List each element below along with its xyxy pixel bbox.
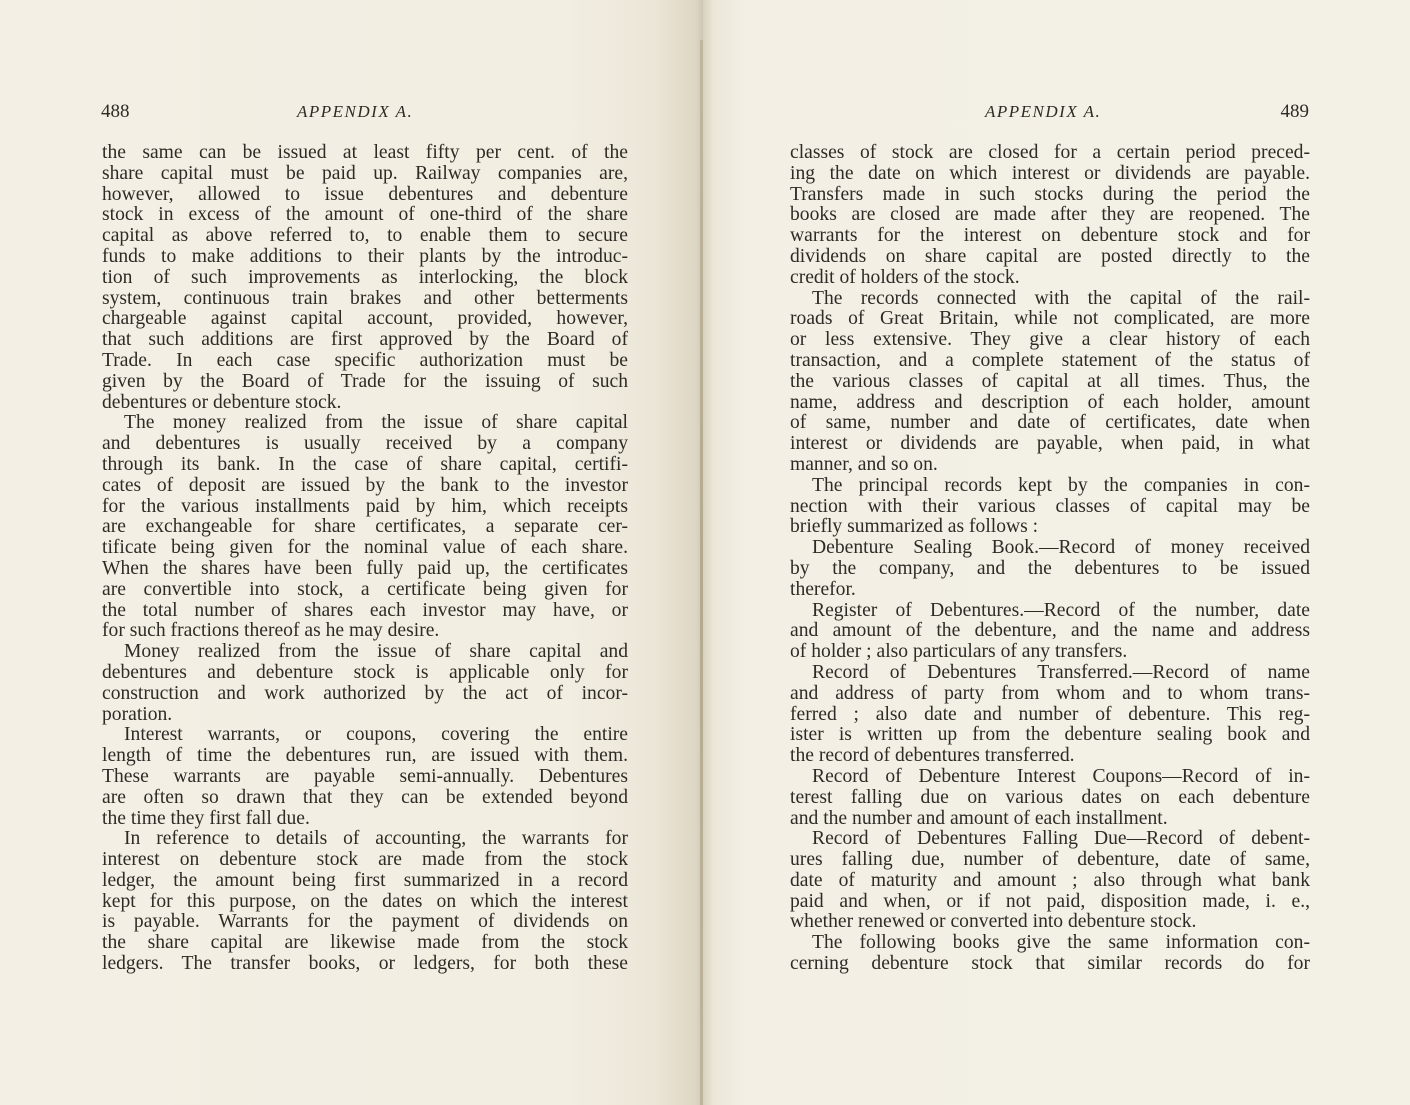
text-line: ferred ; also date and number of debentu… [790, 705, 1310, 726]
text-line: Debenture Sealing Book.—Record of money … [790, 538, 1310, 559]
text-line: the total number of shares each investor… [102, 601, 628, 622]
text-line: paid and when, or if not paid, dispositi… [790, 892, 1310, 913]
text-line: The money realized from the issue of sha… [102, 413, 628, 434]
text-line: of holder ; also particulars of any tran… [790, 642, 1310, 663]
text-line: of same, number and date of certificates… [790, 413, 1310, 434]
text-line: is payable. Warrants for the payment of … [102, 912, 628, 933]
right-running-head: APPENDIX A. 489 [789, 100, 1309, 124]
text-line: whether renewed or converted into debent… [790, 912, 1310, 933]
text-line: ing the date on which interest or divide… [790, 164, 1310, 185]
text-line: ledgers. The transfer books, or ledgers,… [102, 954, 628, 975]
text-line: and debentures is usually received by a … [102, 434, 628, 455]
text-line: When the shares have been fully paid up,… [102, 559, 628, 580]
text-line: Register of Debentures.—Record of the nu… [790, 601, 1310, 622]
right-page: APPENDIX A. 489 classes of stock are clo… [703, 0, 1410, 1105]
text-line: the various classes of capital at all ti… [790, 372, 1310, 393]
text-line: books are closed are made after they are… [790, 205, 1310, 226]
page-number: 488 [101, 100, 130, 124]
text-line: funds to make additions to their plants … [102, 247, 628, 268]
text-line: poration. [102, 705, 628, 726]
page-number: 489 [1281, 100, 1310, 124]
text-line: by the company, and the debentures to be… [790, 559, 1310, 580]
text-line: ister is written up from the debenture s… [790, 725, 1310, 746]
text-line: cates of deposit are issued by the bank … [102, 476, 628, 497]
text-line: for such fractions thereof as he may des… [102, 621, 628, 642]
text-line: capital as above referred to, to enable … [102, 226, 628, 247]
text-line: nection with their various classes of ca… [790, 497, 1310, 518]
text-line: that such additions are first approved b… [102, 330, 628, 351]
book-spread: 488 APPENDIX A. the same can be issued a… [0, 0, 1410, 1105]
text-line: construction and work authorized by the … [102, 684, 628, 705]
text-line: for the various installments paid by him… [102, 497, 628, 518]
text-line: tion of such improvements as interlockin… [102, 268, 628, 289]
text-line: however, allowed to issue debentures and… [102, 185, 628, 206]
text-line: Money realized from the issue of share c… [102, 642, 628, 663]
text-line: and the number and amount of each instal… [790, 809, 1310, 830]
text-line: through its bank. In the case of share c… [102, 455, 628, 476]
text-line: debentures and debenture stock is applic… [102, 663, 628, 684]
running-head-title: APPENDIX A. [985, 100, 1101, 124]
text-line: and amount of the debenture, and the nam… [790, 621, 1310, 642]
text-line: debentures or debenture stock. [102, 393, 628, 414]
text-line: chargeable against capital account, prov… [102, 309, 628, 330]
text-line: briefly summarized as follows : [790, 517, 1310, 538]
text-line: manner, and so on. [790, 455, 1310, 476]
text-line: ledger, the amount being first summarize… [102, 871, 628, 892]
text-line: interest on debenture stock are made fro… [102, 850, 628, 871]
text-line: In reference to details of accounting, t… [102, 829, 628, 850]
text-line: date of maturity and amount ; also throu… [790, 871, 1310, 892]
text-line: terest falling due on various dates on e… [790, 788, 1310, 809]
text-line: share capital must be paid up. Railway c… [102, 164, 628, 185]
text-line: given by the Board of Trade for the issu… [102, 372, 628, 393]
text-line: or less extensive. They give a clear his… [790, 330, 1310, 351]
text-line: credit of holders of the stock. [790, 268, 1310, 289]
text-line: and address of party from whom and to wh… [790, 684, 1310, 705]
running-head-title: APPENDIX A. [297, 100, 413, 124]
text-line: tificate being given for the nominal val… [102, 538, 628, 559]
text-line: interest or dividends are payable, when … [790, 434, 1310, 455]
text-line: roads of Great Britain, while not compli… [790, 309, 1310, 330]
text-line: Record of Debentures Falling Due—Record … [790, 829, 1310, 850]
text-line: transaction, and a complete statement of… [790, 351, 1310, 372]
text-line: The records connected with the capital o… [790, 289, 1310, 310]
text-line: The following books give the same inform… [790, 933, 1310, 954]
text-line: dividends on share capital are posted di… [790, 247, 1310, 268]
text-line: the same can be issued at least fifty pe… [102, 143, 628, 164]
text-line: These warrants are payable semi-annually… [102, 767, 628, 788]
left-page-body: the same can be issued at least fifty pe… [102, 143, 628, 975]
text-line: Interest warrants, or coupons, covering … [102, 725, 628, 746]
text-line: length of time the debentures run, are i… [102, 746, 628, 767]
text-line: system, continuous train brakes and othe… [102, 289, 628, 310]
text-line: are often so drawn that they can be exte… [102, 788, 628, 809]
text-line: are convertible into stock, a certificat… [102, 580, 628, 601]
text-line: Trade. In each case specific authorizati… [102, 351, 628, 372]
left-running-head: 488 APPENDIX A. [101, 100, 628, 124]
text-line: Record of Debenture Interest Coupons—Rec… [790, 767, 1310, 788]
text-line: the record of debentures transferred. [790, 746, 1310, 767]
text-line: the time they first fall due. [102, 809, 628, 830]
text-line: stock in excess of the amount of one-thi… [102, 205, 628, 226]
text-line: therefor. [790, 580, 1310, 601]
text-line: Record of Debentures Transferred.—Record… [790, 663, 1310, 684]
right-page-body: classes of stock are closed for a certai… [790, 143, 1310, 975]
text-line: classes of stock are closed for a certai… [790, 143, 1310, 164]
text-line: The principal records kept by the compan… [790, 476, 1310, 497]
text-line: Transfers made in such stocks during the… [790, 185, 1310, 206]
text-line: are exchangeable for share certificates,… [102, 517, 628, 538]
text-line: the share capital are likewise made from… [102, 933, 628, 954]
left-page: 488 APPENDIX A. the same can be issued a… [0, 0, 703, 1105]
text-line: name, address and description of each ho… [790, 393, 1310, 414]
text-line: warrants for the interest on debenture s… [790, 226, 1310, 247]
text-line: cerning debenture stock that similar rec… [790, 954, 1310, 975]
text-line: ures falling due, number of debenture, d… [790, 850, 1310, 871]
text-line: kept for this purpose, on the dates on w… [102, 892, 628, 913]
